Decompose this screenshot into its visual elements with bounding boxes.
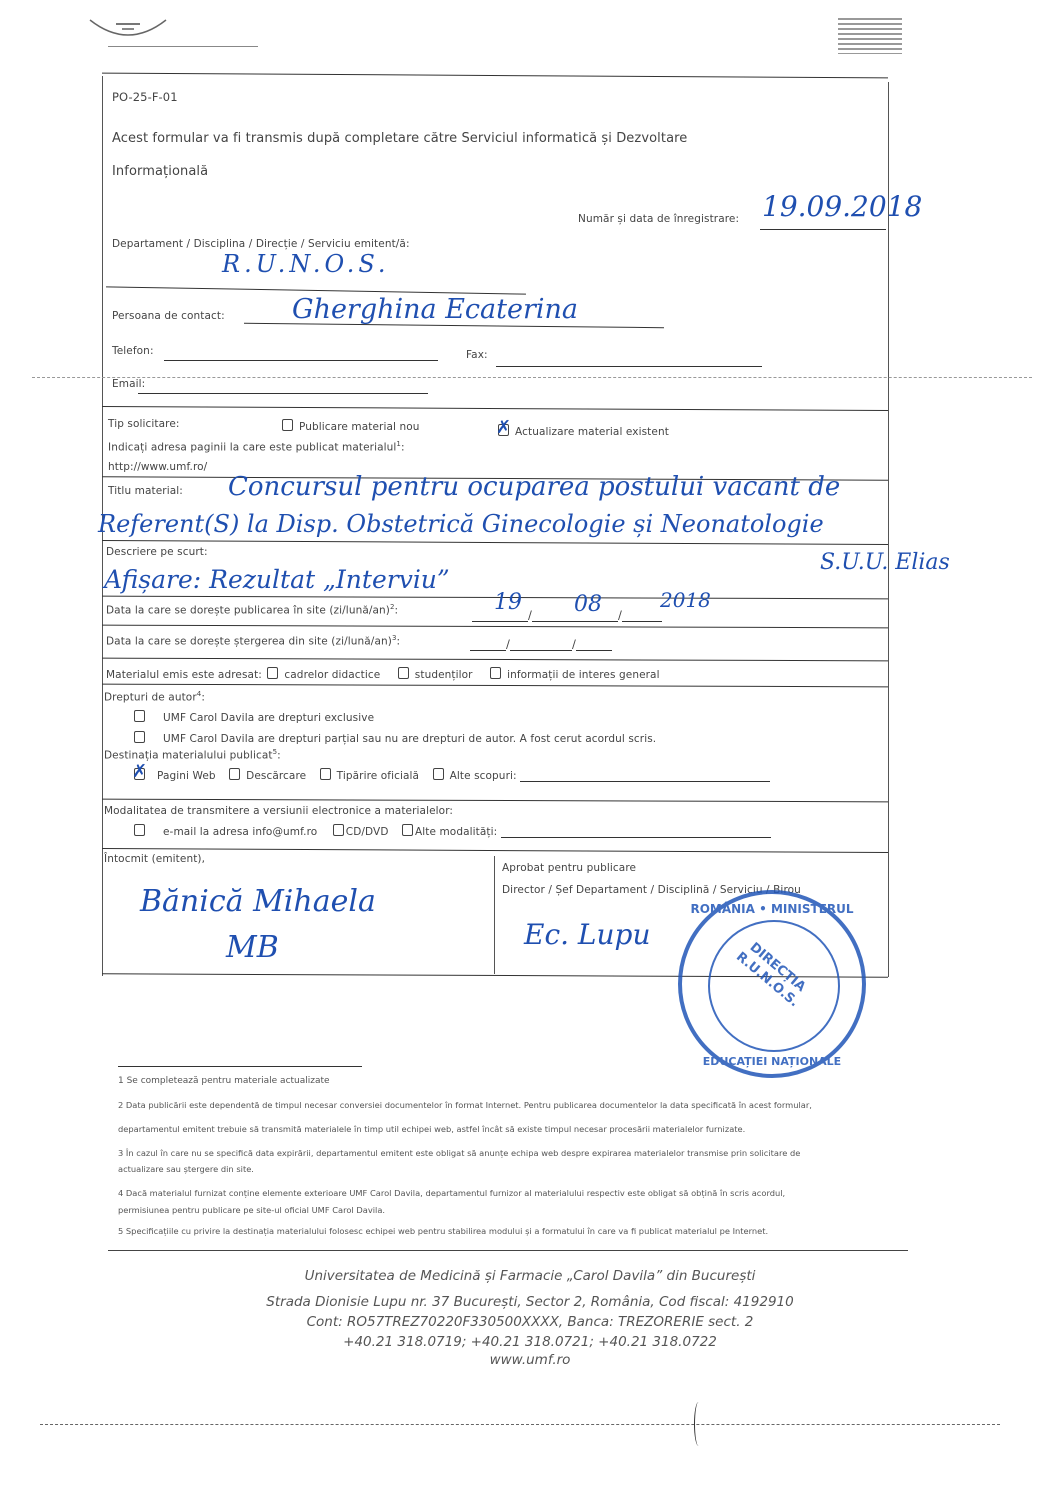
issuer-signature-initials: MB bbox=[226, 930, 279, 965]
publish-date-blanks: // bbox=[472, 608, 662, 622]
material-title-line2[interactable]: Referent(S) la Disp. Obstetrică Ginecolo… bbox=[98, 510, 824, 538]
page-address-value[interactable]: http://www.umf.ro/ bbox=[108, 461, 207, 473]
footer-university: Universitatea de Medicină și Farmacie „C… bbox=[0, 1268, 1060, 1284]
audience-option-teachers[interactable]: cadrelor didactice bbox=[267, 669, 380, 681]
contact-label: Persoana de contact: bbox=[112, 310, 225, 322]
approval-signature: Ec. Lupu bbox=[524, 918, 651, 951]
publish-year[interactable]: 2018 bbox=[660, 588, 711, 612]
request-option-update[interactable]: Actualizare material existent bbox=[498, 424, 669, 438]
signature-column-divider bbox=[494, 856, 495, 974]
form-intro-line1: Acest formular va fi transmis după compl… bbox=[112, 131, 687, 146]
footer-separator bbox=[108, 1250, 908, 1251]
certification-badge-logo bbox=[838, 18, 902, 54]
stamp-ring-bottom-text: EDUCAȚIEI NAȚIONALE bbox=[682, 1055, 862, 1068]
audience-option-students[interactable]: studenților bbox=[398, 669, 473, 681]
checkbox-other-purposes[interactable] bbox=[433, 768, 444, 780]
checkbox-download[interactable] bbox=[229, 768, 240, 780]
footer-website[interactable]: www.umf.ro bbox=[0, 1352, 1060, 1368]
checkbox-other-methods[interactable] bbox=[402, 824, 413, 836]
footer-phones: +40.21 318.0719; +40.21 318.0721; +40.21… bbox=[0, 1334, 1060, 1350]
footer-bank-account: Cont: RO57TREZ70220F330500XXXX, Banca: T… bbox=[0, 1314, 1060, 1330]
footnote-4a: 4 Dacă materialul furnizat conține eleme… bbox=[118, 1188, 785, 1198]
checkbox-official-print[interactable] bbox=[320, 768, 331, 780]
form-code: PO-25-F-01 bbox=[112, 90, 178, 104]
short-desc-label: Descriere pe scurt: bbox=[106, 546, 208, 558]
destination-option-print[interactable]: Tipărire oficială bbox=[320, 770, 419, 782]
fax-label: Fax: bbox=[466, 349, 488, 361]
audience-option-general[interactable]: informații de interes general bbox=[490, 669, 660, 681]
request-type-label: Tip solicitare: bbox=[108, 418, 180, 430]
footnote-separator bbox=[118, 1066, 362, 1067]
request-option-new[interactable]: Publicare material nou bbox=[282, 419, 420, 433]
registration-label: Număr și data de înregistrare: bbox=[578, 213, 739, 225]
checkbox-web-pages-checked[interactable] bbox=[134, 768, 145, 780]
delete-date-label: Data la care se dorește ștergerea din si… bbox=[106, 634, 400, 648]
university-crest-logo bbox=[88, 14, 168, 42]
footnote-4b: permisiunea pentru publicare pe site-ul … bbox=[118, 1205, 385, 1215]
section-divider-desc bbox=[102, 540, 888, 545]
email-field[interactable] bbox=[138, 393, 428, 394]
official-stamp: ROMÂNIA • MINISTERUL DIRECȚIA R.U.N.O.S.… bbox=[678, 890, 866, 1078]
transmission-option-other[interactable]: Alte modalități: bbox=[402, 826, 497, 838]
destination-option-web[interactable]: Pagini Web bbox=[134, 770, 216, 782]
registration-value[interactable]: 19.09.2018 bbox=[762, 190, 922, 223]
checkbox-update-material-checked[interactable] bbox=[498, 424, 509, 436]
transmission-option-cd[interactable]: CD/DVD bbox=[333, 826, 389, 838]
copyright-option-exclusive[interactable]: UMF Carol Davila are drepturi exclusive bbox=[134, 710, 374, 724]
checkbox-students[interactable] bbox=[398, 667, 409, 679]
checkbox-email[interactable] bbox=[134, 824, 145, 836]
footer-address: Strada Dionisie Lupu nr. 37 București, S… bbox=[0, 1294, 1060, 1310]
footnote-2b: departamentul emitent trebuie să transmi… bbox=[118, 1124, 745, 1134]
page-address-label: Indicați adresa paginii la care este pub… bbox=[108, 440, 405, 454]
phone-field[interactable] bbox=[164, 360, 438, 361]
checkbox-partial-rights[interactable] bbox=[134, 731, 145, 743]
transmission-row: e-mail la adresa info@umf.ro CD/DVD Alte… bbox=[134, 824, 771, 838]
footnote-3a: 3 În cazul în care nu se specifică data … bbox=[118, 1148, 800, 1158]
checkbox-exclusive-rights[interactable] bbox=[134, 710, 145, 722]
header-rule bbox=[108, 46, 258, 47]
fax-field[interactable] bbox=[496, 366, 762, 367]
checkbox-cd-dvd[interactable] bbox=[333, 824, 344, 836]
form-top-border bbox=[102, 73, 888, 79]
checkbox-general-info[interactable] bbox=[490, 667, 501, 679]
destination-option-other[interactable]: Alte scopuri: bbox=[433, 770, 517, 782]
email-label: Email: bbox=[112, 378, 145, 390]
contact-value[interactable]: Gherghina Ecaterina bbox=[292, 294, 578, 325]
scan-artifact-bracket bbox=[694, 1402, 703, 1446]
material-title-line1[interactable]: Concursul pentru ocuparea postului vacan… bbox=[228, 472, 840, 502]
issuer-signature-name: Bănică Mihaela bbox=[140, 884, 376, 919]
destination-label: Destinația materialului publicat5: bbox=[104, 748, 281, 762]
checkbox-new-material[interactable] bbox=[282, 419, 293, 431]
footnote-3b: actualizare sau ștergere din site. bbox=[118, 1164, 254, 1174]
material-title-label: Titlu material: bbox=[108, 485, 183, 497]
copyright-label: Drepturi de autor4: bbox=[104, 690, 205, 704]
checkbox-teachers[interactable] bbox=[267, 667, 278, 679]
footnote-2a: 2 Data publicării este dependentă de tim… bbox=[118, 1100, 812, 1110]
section-divider-copyright bbox=[102, 684, 888, 688]
form-intro-line2: Informațională bbox=[112, 164, 208, 179]
section-divider-delete bbox=[102, 625, 888, 629]
approval-label: Aprobat pentru publicare bbox=[502, 862, 636, 874]
delete-date-blanks[interactable]: // bbox=[470, 637, 612, 651]
issuer-label: Întocmit (emitent), bbox=[104, 853, 205, 865]
section-divider-request bbox=[102, 406, 888, 411]
section-divider-signatures bbox=[102, 848, 888, 853]
short-desc-value[interactable]: Afișare: Rezultat „Interviu” bbox=[104, 565, 450, 594]
department-value[interactable]: R.U.N.O.S. bbox=[222, 250, 390, 278]
scan-artifact-bottom-line bbox=[40, 1424, 1000, 1425]
other-purposes-field[interactable] bbox=[520, 781, 770, 782]
destination-row: Pagini Web Descărcare Tipărire oficială … bbox=[134, 768, 770, 782]
section-divider-audience bbox=[102, 658, 888, 662]
copyright-option-partial[interactable]: UMF Carol Davila are drepturi parțial sa… bbox=[134, 731, 656, 745]
footnote-1: 1 Se completează pentru materiale actual… bbox=[118, 1076, 330, 1086]
section-divider-transmission bbox=[102, 799, 888, 803]
audience-row: Materialul emis este adresat: cadrelor d… bbox=[106, 667, 660, 681]
material-title-line3[interactable]: S.U.U. Elias bbox=[820, 550, 950, 575]
publish-date-label: Data la care se dorește publicarea în si… bbox=[106, 603, 398, 617]
transmission-option-email[interactable]: e-mail la adresa info@umf.ro bbox=[134, 826, 317, 838]
destination-option-download[interactable]: Descărcare bbox=[229, 770, 306, 782]
phone-label: Telefon: bbox=[112, 345, 154, 357]
transmission-label: Modalitatea de transmitere a versiunii e… bbox=[104, 805, 453, 817]
department-label: Departament / Disciplina / Direcție / Se… bbox=[112, 238, 410, 250]
footnote-5: 5 Specificațiile cu privire la destinați… bbox=[118, 1226, 768, 1236]
other-methods-field[interactable] bbox=[501, 837, 771, 838]
registration-underline bbox=[760, 229, 886, 230]
scan-artifact-dashes bbox=[32, 377, 1032, 378]
